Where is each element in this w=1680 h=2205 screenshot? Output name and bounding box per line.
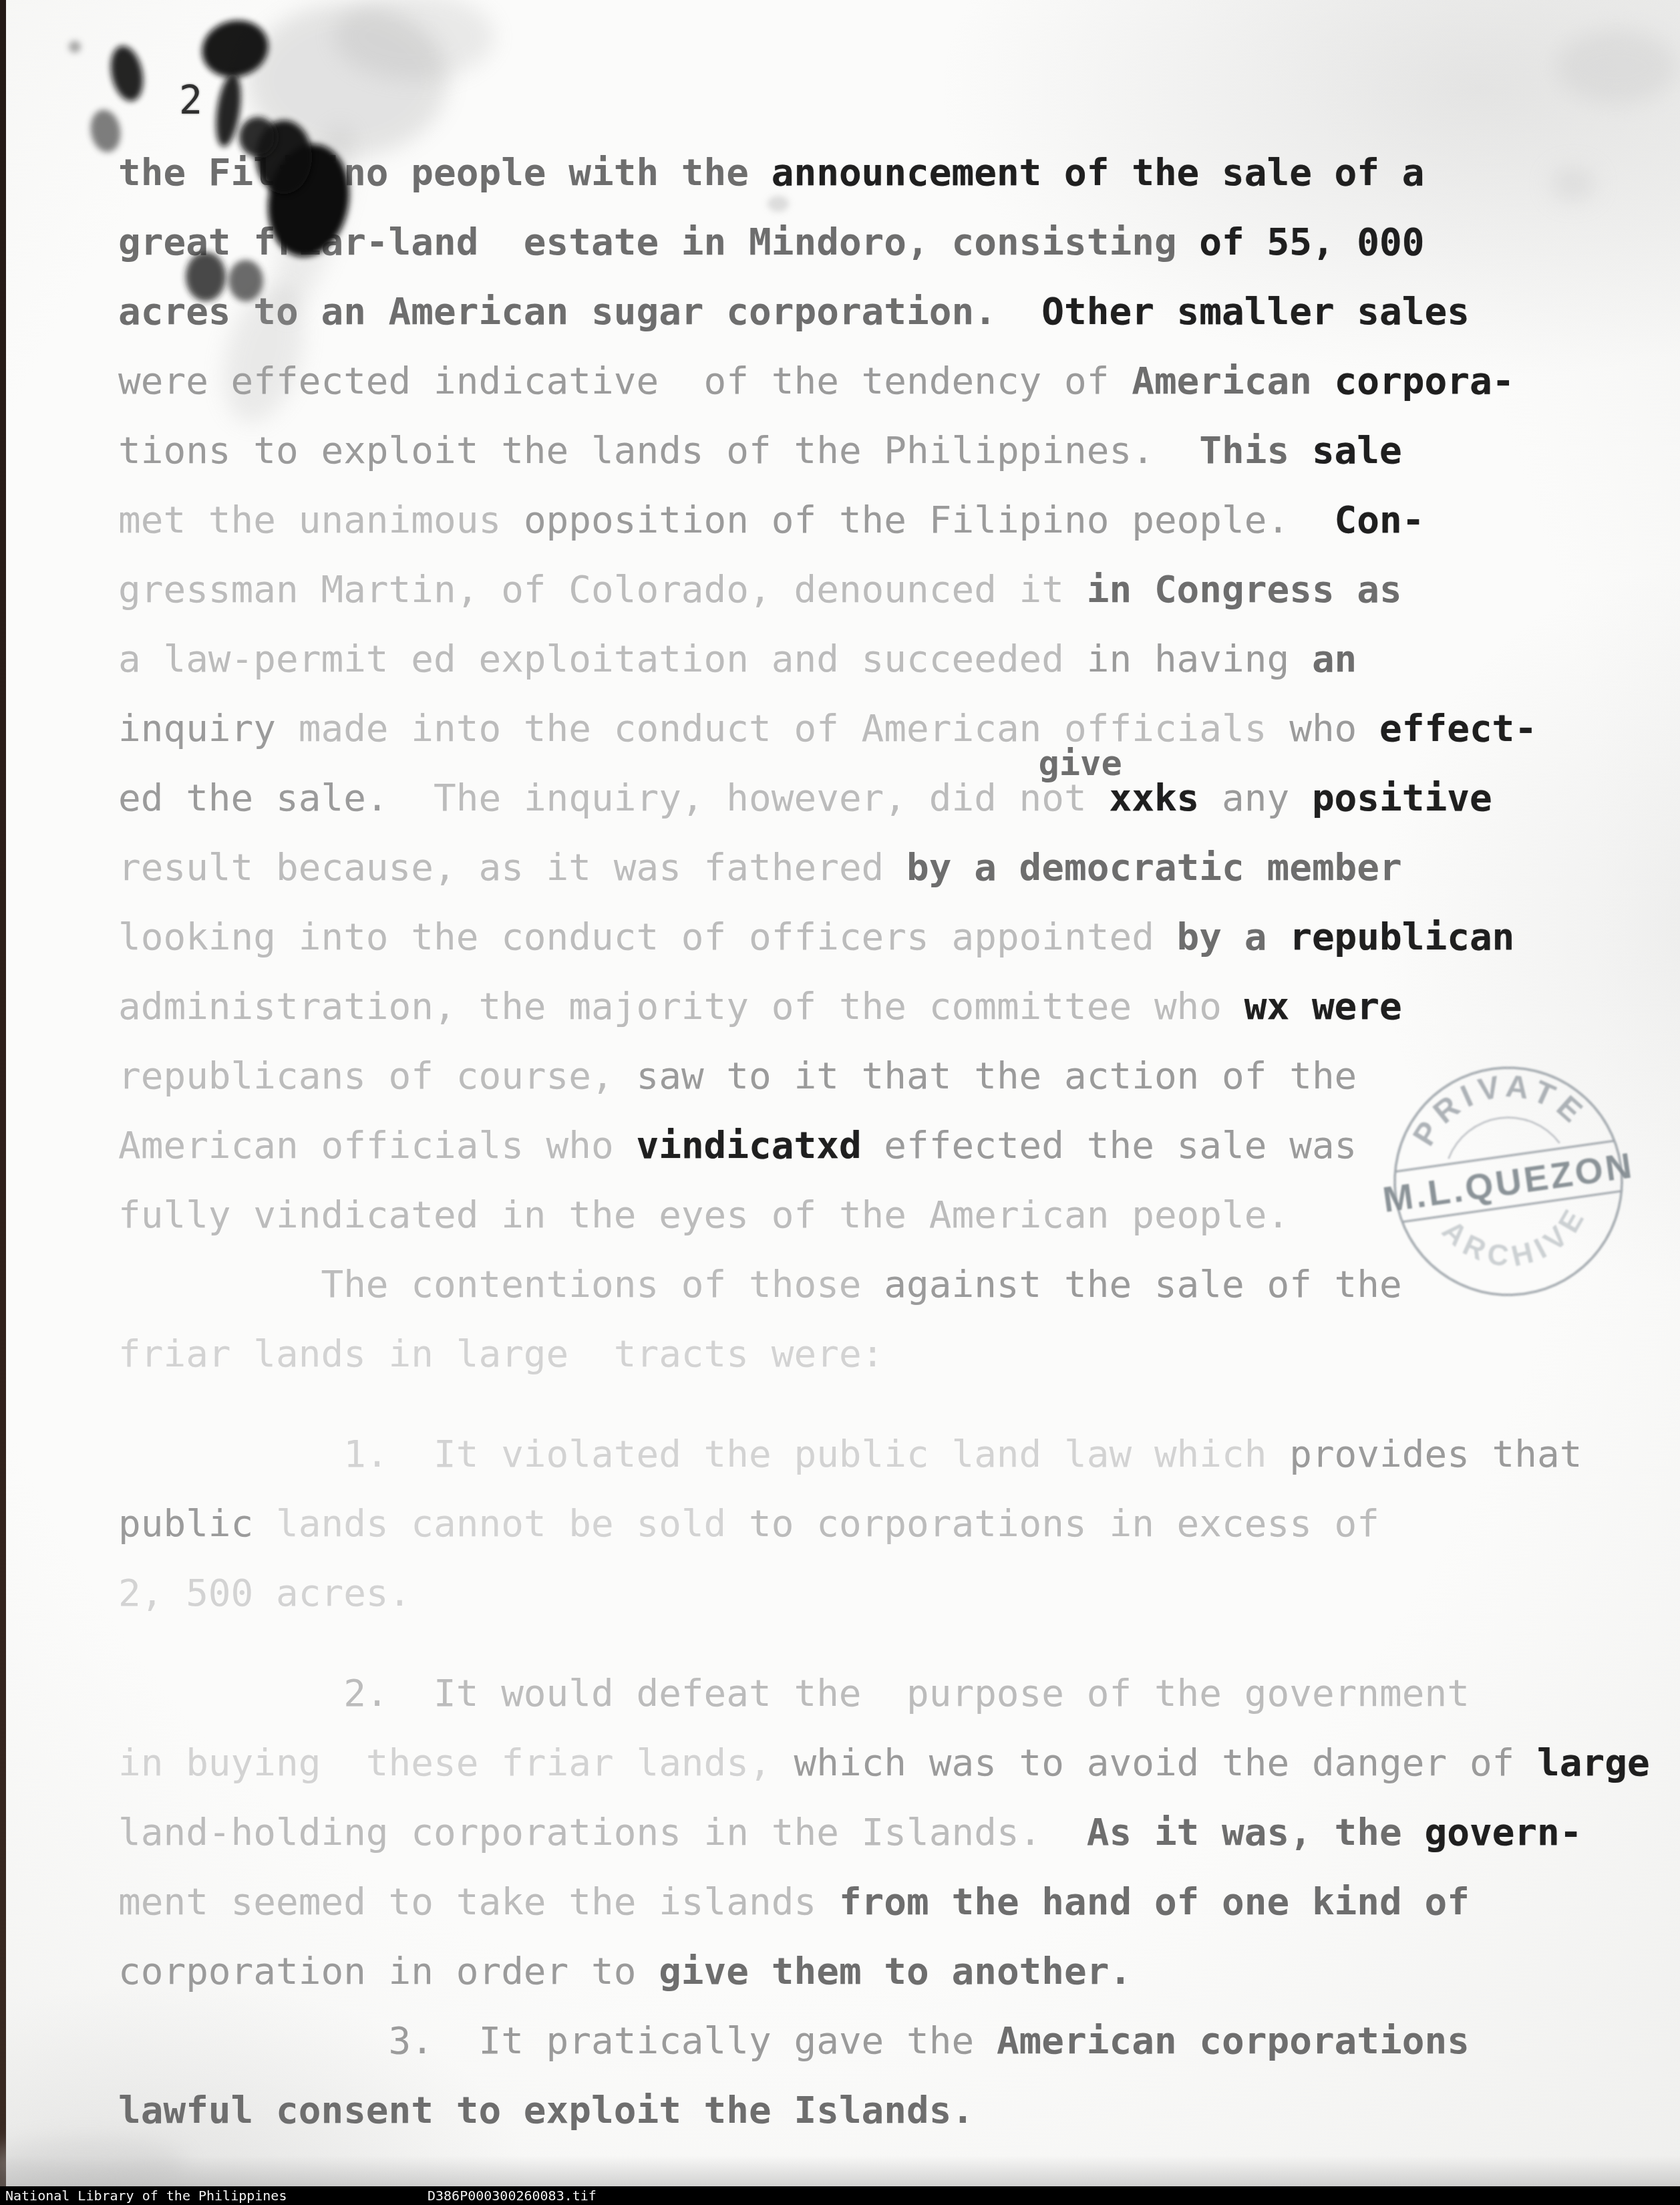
smudge-washes <box>0 0 1677 2185</box>
footer-filename-label: D386P000300260083.tif <box>428 2186 597 2205</box>
scanned-document-page: 2 the Filipino people with the announcem… <box>0 0 1680 2205</box>
stamp-top-text: PRIVATE <box>1398 1056 1597 1155</box>
scan-artifacts-overlay: M.L.QUEZON PRIVATE ARCHIVE <box>0 0 1680 2205</box>
footer-library-label: National Library of the Philippines <box>5 2186 287 2205</box>
quezon-archive-stamp: M.L.QUEZON PRIVATE ARCHIVE <box>1367 1051 1650 1311</box>
footer-bar: National Library of the Philippines D386… <box>0 2186 1680 2205</box>
footer-shadow <box>0 2156 1680 2186</box>
